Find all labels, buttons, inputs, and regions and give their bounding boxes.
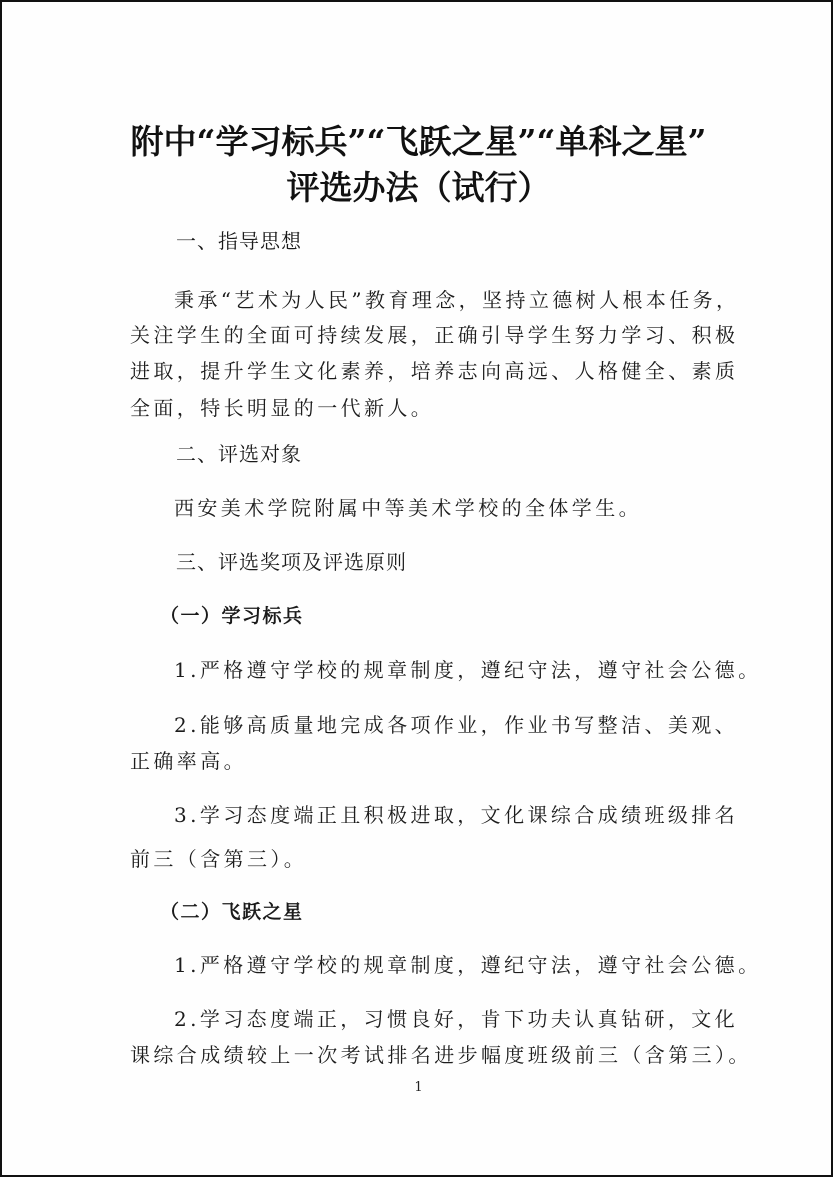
paragraph-line: 关注学生的全面可持续发展，正确引导学生努力学习、积极 — [130, 322, 738, 348]
page-number: 1 — [2, 1080, 833, 1095]
subsection-heading-leap-star: （二）飞跃之星 — [160, 899, 304, 925]
criteria-line: 2.能够高质量地完成各项作业，作业书写整洁、美观、 — [174, 712, 738, 738]
criteria-line: 1.严格遵守学校的规章制度，遵纪守法，遵守社会公德。 — [174, 657, 761, 683]
subsection-heading-study-model: （一）学习标兵 — [160, 603, 304, 629]
criteria-line: 课综合成绩较上一次考试排名进步幅度班级前三（含第三）。 — [130, 1042, 752, 1068]
paragraph-line: 西安美术学院附属中等美术学校的全体学生。 — [174, 495, 642, 521]
criteria-line: 前三（含第三）。 — [130, 846, 307, 872]
paragraph-line: 进取，提升学生文化素养，培养志向高远、人格健全、素质 — [130, 358, 738, 384]
criteria-line: 3.学习态度端正且积极进取，文化课综合成绩班级排名 — [174, 802, 738, 828]
criteria-line: 2.学习态度端正，习惯良好，肯下功夫认真钻研，文化 — [174, 1006, 738, 1032]
section-heading-awards-principles: 三、评选奖项及评选原则 — [176, 549, 407, 575]
section-heading-guiding-ideology: 一、指导思想 — [176, 228, 302, 254]
document-page: 附中“学习标兵”“飞跃之星”“单科之星” 评选办法（试行） 一、指导思想 秉承“… — [0, 0, 833, 1177]
paragraph-line: 秉承“艺术为人民”教育理念，坚持立德树人根本任务， — [174, 287, 739, 313]
criteria-line: 1.严格遵守学校的规章制度，遵纪守法，遵守社会公德。 — [174, 952, 761, 978]
criteria-line: 正确率高。 — [130, 748, 247, 774]
section-heading-selection-target: 二、评选对象 — [176, 441, 302, 467]
paragraph-line: 全面，特长明显的一代新人。 — [130, 395, 434, 421]
document-title-line-1: 附中“学习标兵”“飞跃之星”“单科之星” — [2, 116, 833, 163]
document-title-line-2: 评选办法（试行） — [2, 162, 833, 209]
